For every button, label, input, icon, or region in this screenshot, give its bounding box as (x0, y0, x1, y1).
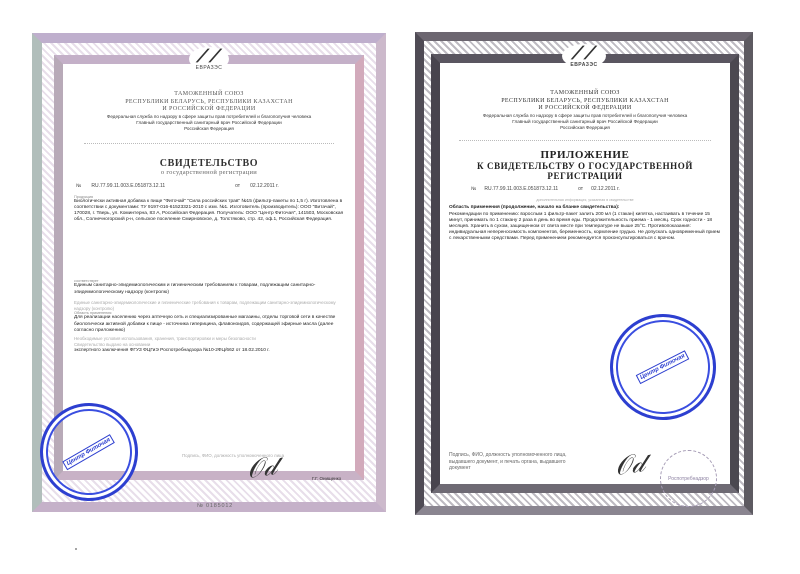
appendix-header: ТАМОЖЕННЫЙ СОЮЗ РЕСПУБЛИКИ БЕЛАРУСЬ, РЕС… (449, 90, 721, 243)
registration-line: № RU.77.99.11.003.Е.051873.12.11 от 02.1… (449, 186, 721, 192)
certificate-document: ⟋⟋ ЕВРАЗЭС ТАМОЖЕННЫЙ СОЮЗ РЕСПУБЛИКИ БЕ… (32, 33, 386, 512)
divider (459, 139, 711, 141)
header-line: ТАМОЖЕННЫЙ СОЮЗ (74, 91, 344, 99)
date-label: от (235, 183, 240, 189)
basis-text: экспертного заключения ФГУЗ ФЦГиЭ Роспот… (74, 348, 344, 354)
agency-line: Российская Федерация (449, 125, 721, 131)
reg-number: RU.77.99.11.003.Е.051873.12.11 (484, 186, 558, 192)
compliance-text: Единым санитарно-эпидемиологическим и ги… (74, 283, 344, 295)
certificate-appendix-document: ⟋⟋ ЕВРАЗЭС ТАМОЖЕННЫЙ СОЮЗ РЕСПУБЛИКИ БЕ… (415, 32, 753, 515)
registration-line: № RU.77.99.11.003.Е.051873.12.11 от 02.1… (74, 183, 344, 189)
agency-line: Федеральная служба по надзору в сфере за… (449, 113, 721, 119)
scan-speck (75, 548, 77, 550)
seal-text: Роспотребнадзор (668, 476, 709, 482)
header-line: РЕСПУБЛИКИ БЕЛАРУСЬ, РЕСПУБЛИКИ КАЗАХСТА… (449, 98, 721, 106)
issue-date: 02.12.2011 г. (250, 183, 279, 189)
agency-line: Федеральная служба по надзору в сфере за… (74, 114, 344, 120)
stamp-center-text: Центр Фиточая (636, 350, 690, 384)
signature: 𝒪𝒹 (613, 448, 647, 483)
document-title: СВИДЕТЕЛЬСТВО (74, 158, 344, 169)
form-serial-number: № 0185012 (197, 503, 233, 509)
stamp-center-text: Центр Фиточая (63, 434, 116, 470)
official-seal: Роспотребнадзор (660, 450, 717, 507)
signature-caption: Подпись, ФИО, должность уполномоченного … (449, 452, 569, 472)
agency-line: Российская Федерация (74, 126, 344, 132)
usage-text: Для реализации населению через аптечную … (74, 315, 344, 334)
eurasec-logo-icon: ⟋⟋ (562, 44, 606, 62)
eurasec-logo-icon: ⟋⟋ (189, 47, 229, 65)
document-title: ПРИЛОЖЕНИЕ (449, 149, 721, 161)
document-subtitle: о государственной регистрации (74, 169, 344, 176)
reg-number: RU.77.99.11.003.Е.051873.12.11 (91, 183, 165, 189)
divider (84, 142, 334, 144)
header-line: И РОССИЙСКОЙ ФЕДЕРАЦИИ (74, 106, 344, 114)
logo-text: ЕВРАЗЭС (562, 62, 606, 68)
issue-date: 02.12.2011 г. (591, 186, 620, 192)
header-line: ТАМОЖЕННЫЙ СОЮЗ (449, 90, 721, 98)
header-line: РЕСПУБЛИКИ БЕЛАРУСЬ, РЕСПУБЛИКИ КАЗАХСТА… (74, 99, 344, 107)
certificate-header: ТАМОЖЕННЫЙ СОЮЗ РЕСПУБЛИКИ БЕЛАРУСЬ, РЕС… (74, 91, 344, 354)
eurasec-logo: ⟋⟋ ЕВРАЗЭС (562, 44, 606, 68)
reg-number-label: № (471, 186, 476, 192)
usage-text: Рекомендации по применению: взрослым 1 ф… (449, 212, 721, 243)
faded-form-text: дополнительная информация, указанная в с… (449, 198, 721, 204)
document-subtitle: К СВИДЕТЕЛЬСТВУ О ГОСУДАРСТВЕННОЙ РЕГИСТ… (449, 161, 721, 181)
faded-form-text: Единые санитарно-эпидемиологические и ги… (74, 300, 344, 312)
signatory-name: Г.Г. Онищенко (312, 476, 341, 481)
signature: 𝒪𝒹 (245, 451, 279, 486)
reg-number-label: № (76, 183, 81, 189)
logo-text: ЕВРАЗЭС (189, 65, 229, 71)
eurasec-logo: ⟋⟋ ЕВРАЗЭС (189, 47, 229, 71)
date-label: от (578, 186, 583, 192)
header-line: И РОССИЙСКОЙ ФЕДЕРАЦИИ (449, 105, 721, 113)
product-description: Биологически активная добавка к пище "Фи… (74, 199, 344, 224)
